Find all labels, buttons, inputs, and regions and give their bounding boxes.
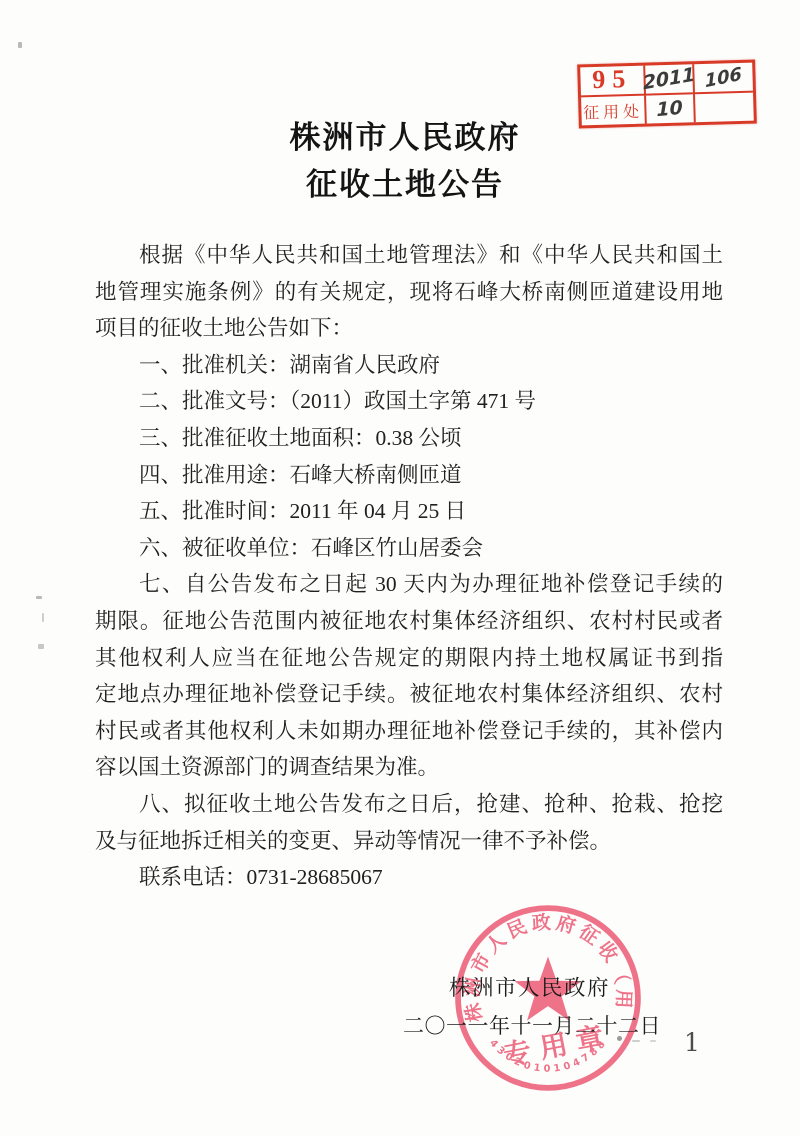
body-line: 定地点办理征地补偿登记手续。被征地农村集体经济组织、农村 bbox=[95, 676, 723, 713]
body-line: 根据《中华人民共和国土地管理法》和《中华人民共和国土 bbox=[95, 237, 723, 274]
document-title: 株洲市人民政府 征收土地公告 bbox=[0, 114, 800, 208]
stamp-cell-serial: 106 bbox=[694, 63, 753, 95]
title-line-subject: 征收土地公告 bbox=[0, 161, 800, 208]
handwritten-year: 2011 bbox=[642, 64, 696, 95]
stamp-cell-doc-number: 95 bbox=[580, 66, 646, 98]
body-text: 根据《中华人民共和国土地管理法》和《中华人民共和国土地管理实施条例》的有关规定，… bbox=[95, 237, 723, 896]
body-line: 三、批准征收土地面积：0.38 公顷 bbox=[95, 420, 723, 457]
body-line: 村民或者其他权利人未如期办理征地补偿登记手续的，其补偿内 bbox=[95, 713, 723, 750]
body-line: 及与征地拆迁相关的变更、异动等情况一律不予补偿。 bbox=[95, 823, 723, 860]
page-number: 1 bbox=[684, 1028, 700, 1057]
handwritten-serial: 106 bbox=[704, 63, 742, 92]
scan-speck bbox=[650, 1040, 656, 1042]
scan-speck bbox=[18, 42, 22, 48]
scan-speck bbox=[36, 596, 42, 599]
body-line: 地管理实施条例》的有关规定，现将石峰大桥南侧匝道建设用地 bbox=[95, 274, 723, 311]
body-line: 四、批准用途：石峰大桥南侧匝道 bbox=[95, 457, 723, 494]
body-line: 七、自公告发布之日起 30 天内为办理征地补偿登记手续的 bbox=[95, 566, 723, 603]
scan-speck bbox=[38, 644, 44, 649]
body-line: 八、拟征收土地公告发布之日后，抢建、抢种、抢栽、抢挖 bbox=[95, 786, 723, 823]
title-line-issuer: 株洲市人民政府 bbox=[0, 114, 800, 161]
body-line: 容以国土资源部门的调查结果为准。 bbox=[95, 749, 723, 786]
stamp-doc-number: 95 bbox=[592, 64, 633, 95]
body-line: 期限。征地公告范围内被征地农村集体经济组织、农村村民或者 bbox=[95, 603, 723, 640]
body-line: 其他权利人应当在征地公告规定的期限内持土地权属证书到指 bbox=[95, 640, 723, 677]
signature-issuer: 株洲市人民政府 bbox=[449, 971, 610, 1002]
body-line: 二、批准文号：（2011）政国土字第 471 号 bbox=[95, 383, 723, 420]
body-line: 六、被征收单位：石峰区竹山居委会 bbox=[95, 530, 723, 567]
body-line: 联系电话：0731-28685067 bbox=[95, 859, 723, 896]
signature-date: 二〇一一年十一月二十二日 bbox=[403, 1010, 661, 1040]
stamp-cell-year: 2011 bbox=[646, 64, 695, 95]
body-line: 项目的征收土地公告如下： bbox=[95, 310, 723, 347]
scan-speck bbox=[42, 613, 44, 622]
body-line: 一、批准机关：湖南省人民政府 bbox=[95, 347, 723, 384]
body-line: 五、批准时间：2011 年 04 月 25 日 bbox=[95, 493, 723, 530]
